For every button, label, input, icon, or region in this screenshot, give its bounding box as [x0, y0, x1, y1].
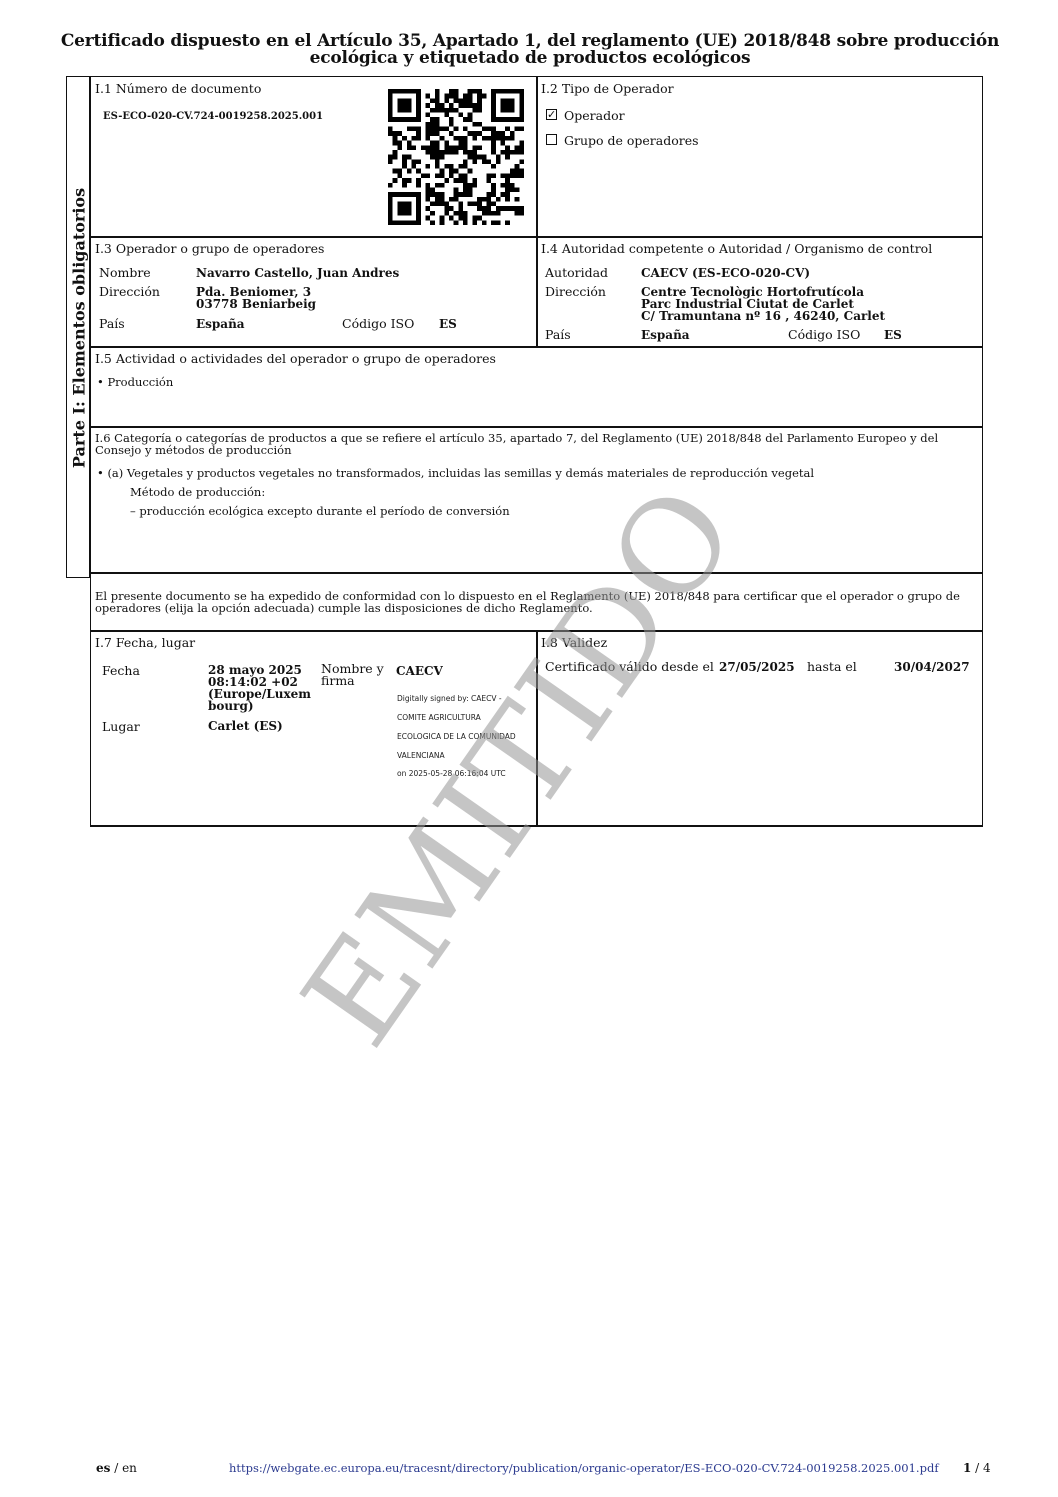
document-url-link[interactable]: https://webgate.ec.europa.eu/tracesnt/di… — [229, 1461, 939, 1475]
section-header: I.1 Número de documento — [95, 81, 261, 96]
section-header: I.2 Tipo de Operador — [541, 81, 674, 96]
activity-item: • Producción — [97, 375, 173, 389]
section-statement: El presente documento se ha expedido de … — [90, 572, 983, 632]
operator-iso: ES — [439, 318, 457, 330]
section-date-place: I.7 Fecha, lugar Fecha 28 mayo 2025 08:1… — [90, 630, 538, 827]
field-label: Nombre — [99, 265, 151, 280]
document-title: Certificado dispuesto en el Artículo 35,… — [60, 33, 1000, 67]
page-total: 4 — [983, 1461, 991, 1475]
language-current[interactable]: es — [96, 1461, 110, 1475]
field-label: Autoridad — [545, 265, 608, 280]
operator-name: Navarro Castello, Juan Andres — [196, 267, 399, 279]
side-label: Parte I: Elementos obligatorios — [70, 188, 89, 468]
language-other[interactable]: en — [122, 1461, 137, 1475]
field-label: Código ISO — [788, 327, 860, 342]
field-label: Lugar — [102, 719, 140, 734]
checkbox-operador[interactable]: ✓ — [546, 109, 557, 120]
field-label: firma — [321, 675, 355, 687]
operator-address-2: 03778 Beniarbeig — [196, 298, 316, 310]
valid-to-date: 30/04/2027 — [894, 661, 970, 673]
method-label: Método de producción: — [130, 485, 265, 499]
valid-from-date: 27/05/2025 — [719, 661, 795, 673]
option-label: Operador — [564, 108, 625, 123]
digital-signature-line: on 2025-05-28 06:16:04 UTC — [397, 769, 506, 778]
section-header: I.5 Actividad o actividades del operador… — [95, 351, 496, 366]
product-category: • (a) Vegetales y productos vegetales no… — [97, 466, 814, 480]
operator-country: España — [196, 318, 245, 330]
digital-signature-line: ECOLOGICA DE LA COMUNIDAD — [397, 732, 516, 741]
field-label: País — [545, 327, 571, 342]
field-label: Fecha — [102, 663, 140, 678]
valid-to-label: hasta el — [807, 659, 857, 674]
field-label: Código ISO — [342, 316, 414, 331]
section-activities: I.5 Actividad o actividades del operador… — [90, 346, 983, 428]
authority-address-3: C/ Tramuntana nº 16 , 46240, Carlet — [641, 310, 885, 322]
section-header-line-2: Consejo y métodos de producción — [95, 444, 292, 456]
field-label: País — [99, 316, 125, 331]
qr-code-icon — [388, 89, 524, 225]
page-separator: / — [971, 1461, 983, 1475]
field-label: Dirección — [545, 284, 606, 299]
language-switcher: es / en — [96, 1461, 137, 1475]
authority-iso: ES — [884, 329, 902, 341]
valid-from-label: Certificado válido desde el — [545, 659, 714, 674]
signer-name: CAECV — [396, 665, 443, 677]
field-label: Dirección — [99, 284, 160, 299]
place-value: Carlet (ES) — [208, 720, 283, 732]
section-authority: I.4 Autoridad competente o Autoridad / O… — [536, 236, 983, 348]
section-document-number: I.1 Número de documento ES-ECO-020-CV.72… — [90, 76, 538, 238]
statement-line-2: operadores (elija la opción adecuada) cu… — [95, 602, 593, 614]
document-number: ES-ECO-020-CV.724-0019258.2025.001 — [103, 111, 323, 122]
page-indicator: 1 / 4 — [963, 1461, 991, 1475]
section-header: I.3 Operador o grupo de operadores — [95, 241, 324, 256]
digital-signature-line: COMITE AGRICULTURA — [397, 713, 481, 722]
date-line-4: bourg) — [208, 700, 254, 712]
section-header: I.8 Validez — [541, 635, 607, 650]
authority-value: CAECV (ES-ECO-020-CV) — [641, 267, 810, 279]
section-operator: I.3 Operador o grupo de operadores Nombr… — [90, 236, 538, 348]
digital-signature-line: Digitally signed by: CAECV - — [397, 694, 502, 703]
authority-country: España — [641, 329, 690, 341]
digital-signature-line: VALENCIANA — [397, 751, 445, 760]
title-line-2: ecológica y etiquetado de productos ecol… — [60, 50, 1000, 67]
checkbox-grupo[interactable] — [546, 134, 557, 145]
option-label: Grupo de operadores — [564, 133, 699, 148]
section-operator-type: I.2 Tipo de Operador ✓ Operador Grupo de… — [536, 76, 983, 238]
section-validity: I.8 Validez Certificado válido desde el … — [536, 630, 983, 827]
side-label-box: Parte I: Elementos obligatorios — [66, 76, 90, 578]
method-value: – producción ecológica excepto durante e… — [130, 504, 510, 518]
section-header: I.7 Fecha, lugar — [95, 635, 195, 650]
section-header: I.4 Autoridad competente o Autoridad / O… — [541, 241, 932, 256]
language-separator: / — [110, 1461, 122, 1475]
section-product-categories: I.6 Categoría o categorías de productos … — [90, 426, 983, 574]
